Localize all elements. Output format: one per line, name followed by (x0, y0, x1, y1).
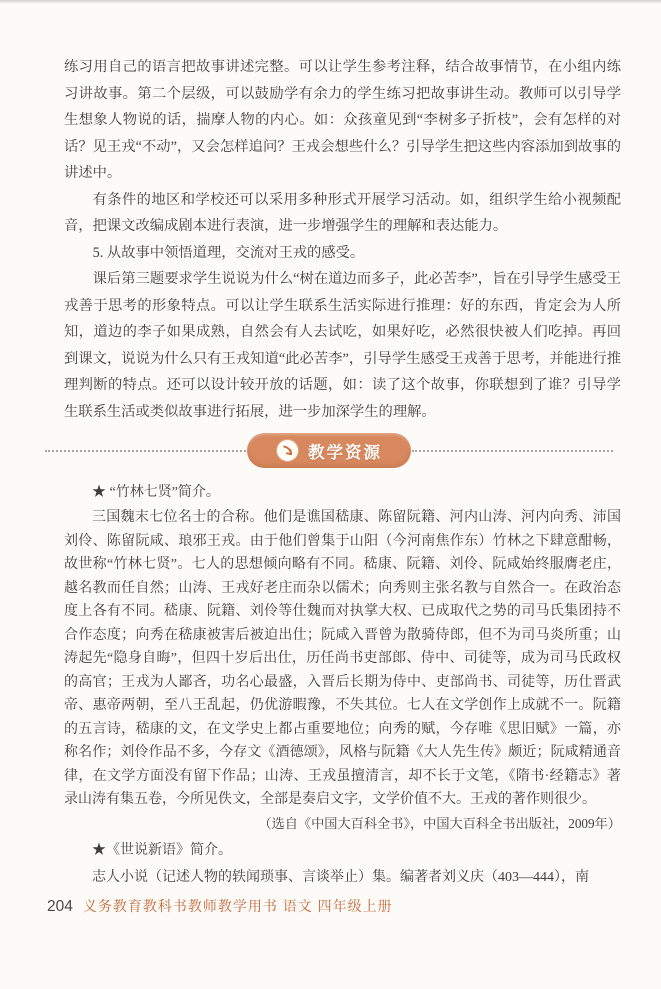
dotted-rule-right (412, 450, 613, 452)
arrow-down-right-icon (276, 439, 299, 462)
resource-item-body-bamboo-sages: 三国魏末七位名士的合称。他们是谯国嵇康、陈留阮籍、河内山涛、河内向秀、沛国刘伶、… (64, 506, 621, 812)
point5-heading: 5. 从故事中领悟道理，交流对王戎的感受。 (64, 240, 621, 267)
page-content: 练习用自己的语言把故事讲述完整。可以让学生参考注释，结合故事情节，在小组内练习讲… (64, 54, 621, 891)
page-number: 204 (47, 898, 73, 916)
page-footer: 204 义务教育教科书教师教学用书 语文 四年级上册 (47, 896, 393, 916)
book-title: 义务教育教科书教师教学用书 语文 四年级上册 (83, 896, 393, 916)
resource-item-body-shishuoxinyu: 志人小说（记述人物的轶闻琐事、言谈举止）集。编著者刘义庆（403—444），南 (64, 864, 621, 891)
paragraph-activities: 有条件的地区和学校还可以采用多种形式开展学习活动。如，组织学生给小视频配音，把课… (64, 187, 621, 240)
paragraph-storytelling-continuation: 练习用自己的语言把故事讲述完整。可以让学生参考注释，结合故事情节，在小组内练习讲… (64, 54, 621, 187)
scan-edge-top (0, 0, 661, 4)
dotted-rule-left (45, 450, 246, 452)
teaching-suggestions-section: 练习用自己的语言把故事讲述完整。可以让学生参考注释，结合故事情节，在小组内练习讲… (64, 54, 621, 425)
resource-item-title-shishuoxinyu: ★《世说新语》简介。 (64, 837, 621, 864)
section-divider: 教学资源 (45, 433, 613, 468)
book-page: 练习用自己的语言把故事讲述完整。可以让学生参考注释，结合故事情节，在小组内练习讲… (0, 0, 661, 989)
resource-item-title-bamboo-sages: ★ “竹林七贤”简介。 (64, 480, 621, 506)
teaching-resources-badge: 教学资源 (247, 433, 411, 468)
citation-source: （选自《中国大百科全书》，中国大百科全书出版社，2009年） (64, 812, 621, 836)
teaching-resources-section: ★ “竹林七贤”简介。 三国魏末七位名士的合称。他们是谯国嵇康、陈留阮籍、河内山… (64, 480, 621, 891)
badge-label: 教学资源 (308, 439, 382, 463)
paragraph-point5: 课后第三题要求学生说说为什么“树在道边而多子，此必苦李”，旨在引导学生感受王戎善… (64, 266, 621, 425)
